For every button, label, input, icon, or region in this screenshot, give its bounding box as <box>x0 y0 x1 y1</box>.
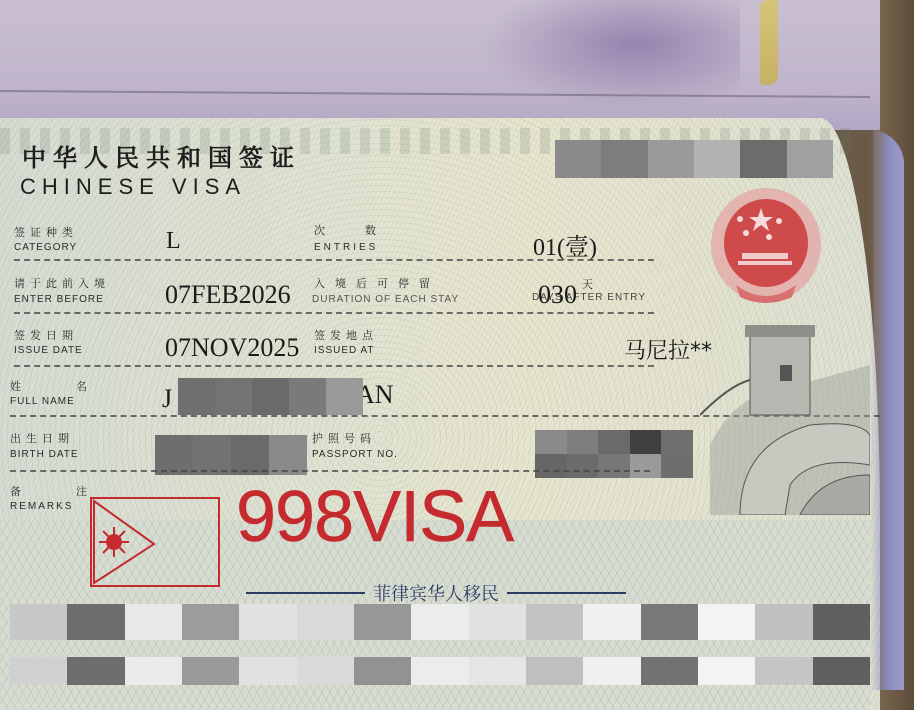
redacted-visa-number <box>555 140 833 178</box>
passport-upper-page <box>0 0 880 130</box>
entries-value: 01(壹) <box>533 227 597 262</box>
watermark-subtitle: 菲律宾华人移民 <box>373 580 499 606</box>
duration-label-cn: 入境后可停留 <box>314 275 440 291</box>
issue-date-label-en: ISSUE DATE <box>14 345 83 356</box>
duration-value: 030 <box>538 280 577 310</box>
remarks-label-en: REMARKS <box>10 501 73 512</box>
issue-date-value: 07NOV2025 <box>165 333 299 363</box>
category-value: L <box>166 228 181 255</box>
full-name-label-cn: 姓名 <box>10 378 142 394</box>
passport-no-label-en: PASSPORT NO. <box>312 449 398 460</box>
visa-photo: 中华人民共和国签证 CHINESE VISA 签证种类 CATEGORY L 次… <box>0 0 914 710</box>
redacted-mrz-line-2 <box>10 657 870 685</box>
divider <box>10 470 650 472</box>
birth-date-label-cn: 出生日期 <box>10 430 74 446</box>
duration-unit-cn: 天 <box>582 276 598 292</box>
full-name-label-en: FULL NAME <box>10 396 75 407</box>
issued-at-value: 马尼拉** <box>624 334 712 365</box>
watermark-brand: 998VISA <box>236 476 513 558</box>
visa-title-en: CHINESE VISA <box>20 174 246 200</box>
redacted-birth-date <box>155 435 307 475</box>
entries-label-en: ENTRIES <box>314 242 378 253</box>
issue-date-label-cn: 签发日期 <box>14 327 78 343</box>
great-wall-engraving <box>700 325 870 515</box>
philippine-flag-icon <box>92 499 218 585</box>
passport-no-label-cn: 护照号码 <box>312 430 376 446</box>
divider <box>246 592 365 594</box>
issued-at-label-cn: 签发地点 <box>314 327 378 343</box>
full-name-start: J <box>162 384 172 414</box>
enter-before-label-en: ENTER BEFORE <box>14 294 104 305</box>
divider <box>14 312 654 314</box>
visa-security-edge <box>870 130 904 690</box>
category-label-cn: 签证种类 <box>14 224 78 240</box>
entries-label-cn: 次数 <box>314 222 416 238</box>
redacted-full-name <box>178 378 363 415</box>
national-emblem-icon <box>706 185 826 310</box>
watermark-logo-box <box>90 497 220 587</box>
visa-title-cn: 中华人民共和国签证 <box>22 138 301 173</box>
duration-label-en: DURATION OF EACH STAY <box>312 294 459 305</box>
issued-at-label-en: ISSUED AT <box>314 345 375 356</box>
birth-date-label-en: BIRTH DATE <box>10 449 79 460</box>
enter-before-value: 07FEB2026 <box>165 280 291 310</box>
gold-hologram-mark <box>760 0 778 85</box>
divider <box>507 592 626 594</box>
redacted-mrz-line-1 <box>10 604 870 640</box>
divider <box>14 259 654 261</box>
enter-before-label-cn: 请于此前入境 <box>14 275 110 291</box>
divider <box>14 365 654 367</box>
watermark-subtitle-row: 菲律宾华人移民 <box>246 580 626 606</box>
category-label-en: CATEGORY <box>14 242 77 253</box>
